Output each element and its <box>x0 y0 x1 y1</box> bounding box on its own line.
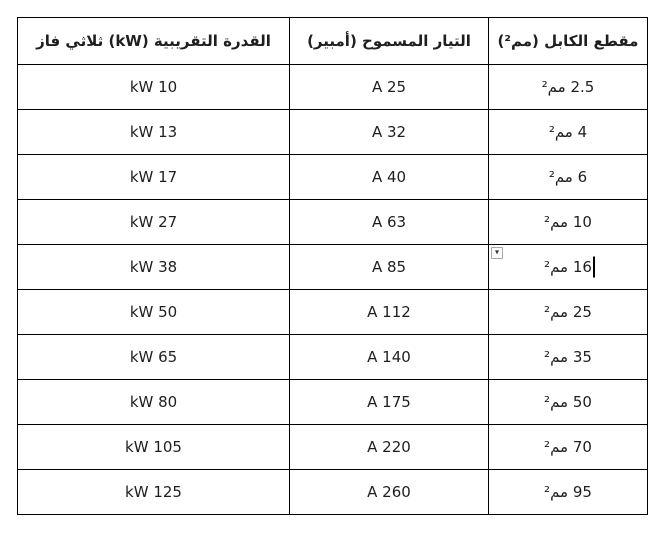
cell-power[interactable]: kW 125 <box>18 470 290 515</box>
autocorrect-options-button[interactable]: ▾ <box>491 247 503 259</box>
cell-section[interactable]: 2.5 مم² <box>489 65 648 110</box>
cell-text: kW 13 <box>130 123 177 141</box>
cell-text: A 32 <box>372 123 406 141</box>
table-row: 2.5 مم²A 25kW 10 <box>18 65 648 110</box>
cell-current[interactable]: A 175 <box>290 380 489 425</box>
cell-power[interactable]: kW 13 <box>18 110 290 155</box>
cell-text: 6 مم² <box>549 168 587 186</box>
cell-text: 10 مم² <box>544 213 592 231</box>
cell-power[interactable]: kW 80 <box>18 380 290 425</box>
cell-text: kW 27 <box>130 213 177 231</box>
cell-text: kW 50 <box>130 303 177 321</box>
cell-power[interactable]: kW 105 <box>18 425 290 470</box>
table-row: 16 مم²▾A 85kW 38 <box>18 245 648 290</box>
cell-text: 95 مم² <box>544 483 592 501</box>
cell-text: kW 105 <box>125 438 182 456</box>
document-page: { "colors": { "border": "#000000", "text… <box>0 0 663 542</box>
table-row: 35 مم²A 140kW 65 <box>18 335 648 380</box>
cell-current[interactable]: A 63 <box>290 200 489 245</box>
cell-power[interactable]: kW 65 <box>18 335 290 380</box>
cell-text: kW 65 <box>130 348 177 366</box>
cell-power[interactable]: kW 50 <box>18 290 290 335</box>
cell-text: A 220 <box>367 438 411 456</box>
cell-section[interactable]: 6 مم² <box>489 155 648 200</box>
cell-current[interactable]: A 112 <box>290 290 489 335</box>
cell-current[interactable]: A 32 <box>290 110 489 155</box>
table-row: 6 مم²A 40kW 17 <box>18 155 648 200</box>
cell-section[interactable]: 16 مم²▾ <box>489 245 648 290</box>
cell-text: 70 مم² <box>544 438 592 456</box>
cell-current[interactable]: A 260 <box>290 470 489 515</box>
cell-text: kW 17 <box>130 168 177 186</box>
cell-text: kW 38 <box>130 258 177 276</box>
cell-text: 50 مم² <box>544 393 592 411</box>
cell-power[interactable]: kW 10 <box>18 65 290 110</box>
cell-text: 16 مم² <box>544 258 592 276</box>
cell-current[interactable]: A 25 <box>290 65 489 110</box>
cell-power[interactable]: kW 17 <box>18 155 290 200</box>
cell-section[interactable]: 25 مم² <box>489 290 648 335</box>
text-cursor <box>593 257 595 278</box>
cell-current[interactable]: A 220 <box>290 425 489 470</box>
table-row: 25 مم²A 112kW 50 <box>18 290 648 335</box>
cell-text: 4 مم² <box>549 123 587 141</box>
header-approx-power[interactable]: القدرة التقريبية (kW) ثلاثي فاز <box>18 18 290 65</box>
cell-text: A 85 <box>372 258 406 276</box>
cable-capacity-table: مقطع الكابل (مم²) التيار المسموح (أمبير)… <box>17 17 648 515</box>
table-row: 4 مم²A 32kW 13 <box>18 110 648 155</box>
header-row: مقطع الكابل (مم²) التيار المسموح (أمبير)… <box>18 18 648 65</box>
table-row: 70 مم²A 220kW 105 <box>18 425 648 470</box>
cell-text: 35 مم² <box>544 348 592 366</box>
header-allowed-current[interactable]: التيار المسموح (أمبير) <box>290 18 489 65</box>
cell-text: kW 10 <box>130 78 177 96</box>
cell-text: kW 80 <box>130 393 177 411</box>
cell-text: A 140 <box>367 348 411 366</box>
cell-text: A 175 <box>367 393 411 411</box>
table-row: 95 مم²A 260kW 125 <box>18 470 648 515</box>
cell-current[interactable]: A 85 <box>290 245 489 290</box>
header-cable-section[interactable]: مقطع الكابل (مم²) <box>489 18 648 65</box>
cell-text: 2.5 مم² <box>542 78 595 96</box>
cell-section[interactable]: 70 مم² <box>489 425 648 470</box>
chevron-down-icon: ▾ <box>495 249 499 257</box>
cell-text: A 63 <box>372 213 406 231</box>
cell-text: A 40 <box>372 168 406 186</box>
cell-power[interactable]: kW 38 <box>18 245 290 290</box>
cell-current[interactable]: A 40 <box>290 155 489 200</box>
table-row: 10 مم²A 63kW 27 <box>18 200 648 245</box>
cell-text: A 25 <box>372 78 406 96</box>
cell-text: 25 مم² <box>544 303 592 321</box>
cell-section[interactable]: 35 مم² <box>489 335 648 380</box>
cell-section[interactable]: 10 مم² <box>489 200 648 245</box>
cell-current[interactable]: A 140 <box>290 335 489 380</box>
table-row: 50 مم²A 175kW 80 <box>18 380 648 425</box>
cell-text: A 112 <box>367 303 411 321</box>
cell-text: A 260 <box>367 483 411 501</box>
cell-text: kW 125 <box>125 483 182 501</box>
cell-section[interactable]: 4 مم² <box>489 110 648 155</box>
cell-section[interactable]: 95 مم² <box>489 470 648 515</box>
cell-power[interactable]: kW 27 <box>18 200 290 245</box>
cell-section[interactable]: 50 مم² <box>489 380 648 425</box>
